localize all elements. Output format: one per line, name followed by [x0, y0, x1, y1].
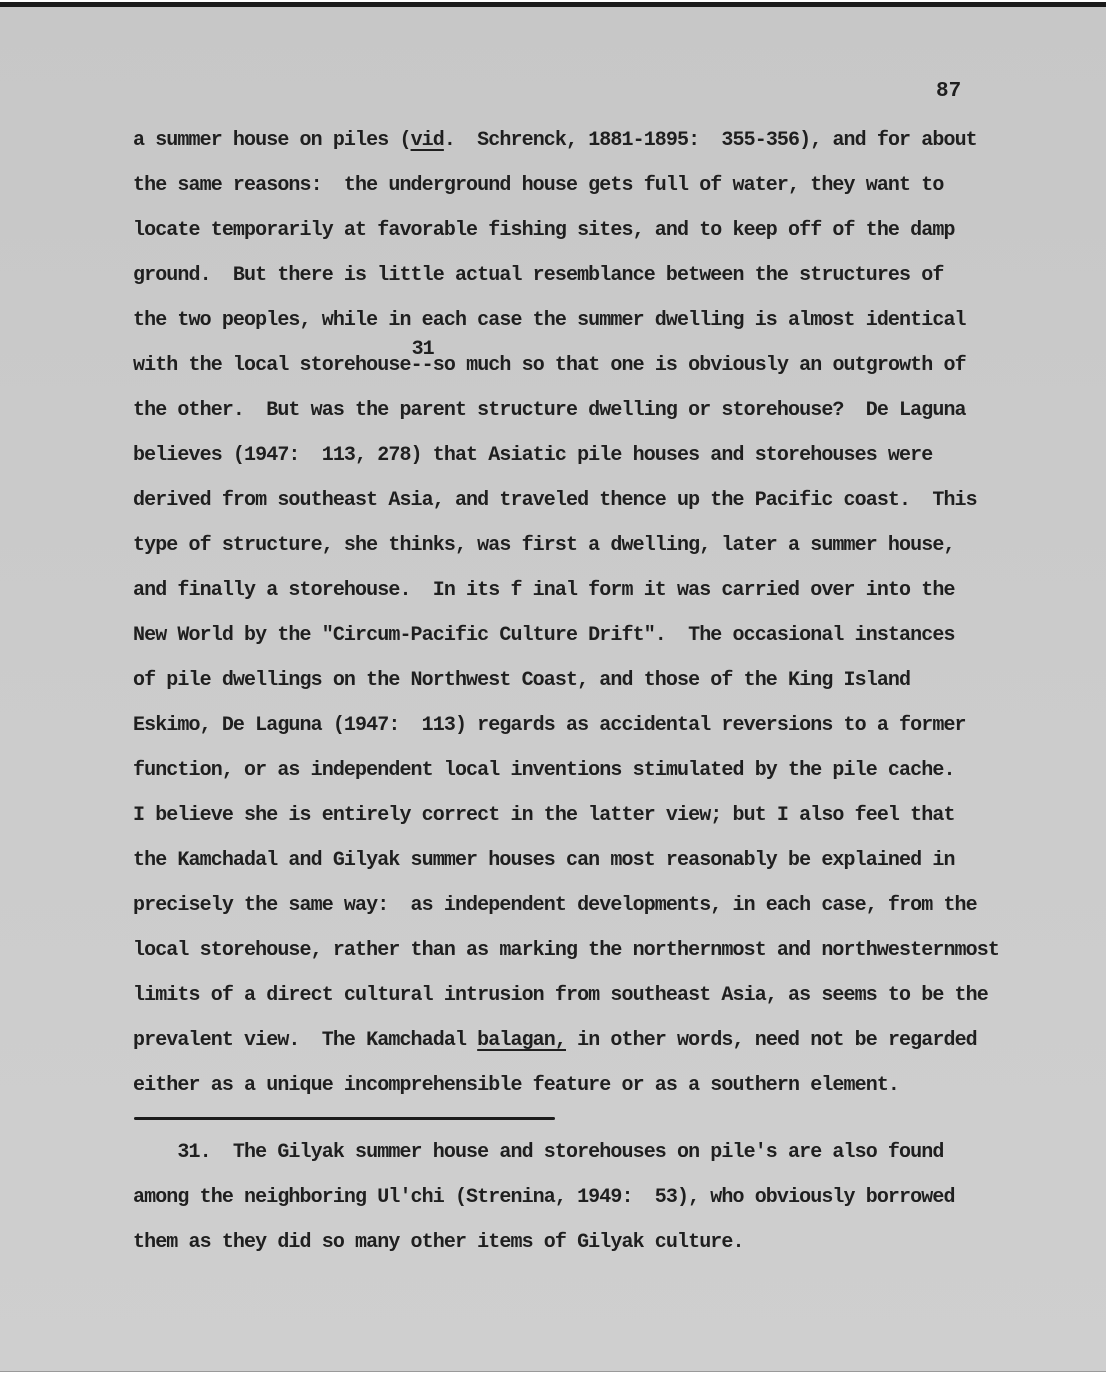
text-line: prevalent view. The Kamchadal balagan, i…	[133, 1018, 999, 1063]
text-line: function, or as independent local invent…	[133, 748, 999, 793]
underlined-term: balagan,	[477, 1029, 566, 1052]
text-line: the other. But was the parent structure …	[133, 388, 999, 433]
superscript-number: 31	[412, 327, 434, 372]
footnote-separator-line	[134, 1117, 555, 1120]
body-text-block: a summer house on piles (vid. Schrenck, …	[133, 118, 999, 1108]
text-line: derived from southeast Asia, and travele…	[133, 478, 999, 523]
text-line: limits of a direct cultural intrusion fr…	[133, 973, 999, 1018]
text-line: Eskimo, De Laguna (1947: 113) regards as…	[133, 703, 999, 748]
text-line: type of structure, she thinks, was first…	[133, 523, 999, 568]
footnote-block: 31. The Gilyak summer house and storehou…	[133, 1130, 955, 1265]
text-line: the same reasons: the underground house …	[133, 163, 999, 208]
text-line: of pile dwellings on the Northwest Coast…	[133, 658, 999, 703]
text-line: precisely the same way: as independent d…	[133, 883, 999, 928]
text-line: the Kamchadal and Gilyak summer houses c…	[133, 838, 999, 883]
text-line: ground. But there is little actual resem…	[133, 253, 999, 298]
text-line: and finally a storehouse. In its f inal …	[133, 568, 999, 613]
text-line: 31. The Gilyak summer house and storehou…	[133, 1130, 955, 1175]
page-number: 87	[936, 69, 961, 114]
underlined-term: vid	[411, 129, 444, 152]
text-line: among the neighboring Ul'chi (Strenina, …	[133, 1175, 955, 1220]
text-line: New World by the "Circum-Pacific Culture…	[133, 613, 999, 658]
text-line: with the local storehouse31--so much so …	[133, 343, 999, 388]
text-line: believes (1947: 113, 278) that Asiatic p…	[133, 433, 999, 478]
scanned-document-page: 87 a summer house on piles (vid. Schrenc…	[0, 0, 1106, 1380]
text-line: either as a unique incomprehensible feat…	[133, 1063, 999, 1108]
footnote-reference: 31--	[411, 343, 433, 388]
scan-edge-bottom	[0, 1371, 1106, 1372]
text-line: locate temporarily at favorable fishing …	[133, 208, 999, 253]
text-line: a summer house on piles (vid. Schrenck, …	[133, 118, 999, 163]
text-line: local storehouse, rather than as marking…	[133, 928, 999, 973]
text-line: them as they did so many other items of …	[133, 1220, 955, 1265]
text-line: the two peoples, while in each case the …	[133, 298, 999, 343]
text-line: I believe she is entirely correct in the…	[133, 793, 999, 838]
